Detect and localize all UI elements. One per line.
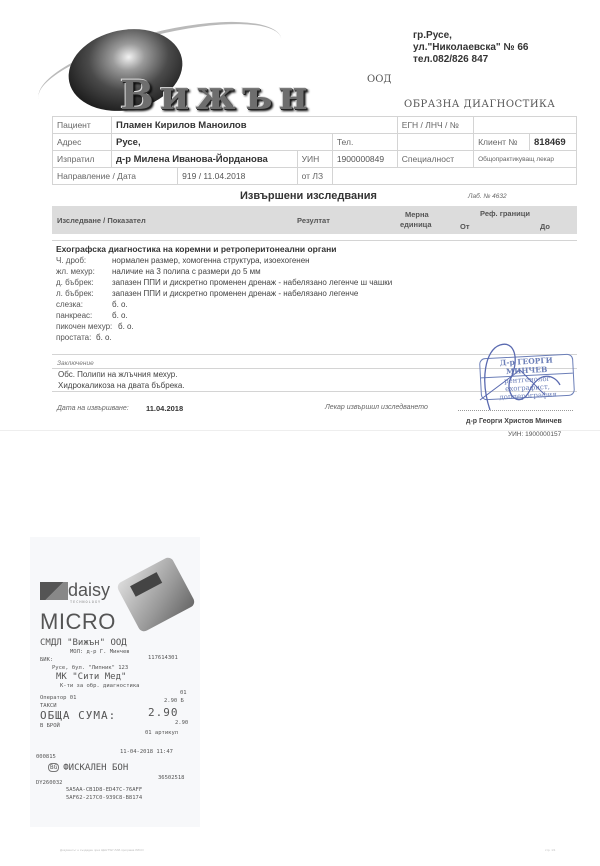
address-label: Адрес: [53, 134, 112, 151]
date-value: 11.04.2018: [146, 404, 183, 413]
result-row: панкреас:б. о.: [56, 311, 92, 322]
result-row: пикочен мехур:б. о.: [56, 322, 112, 333]
result-row: Ч. дроб:нормален размер, хомогенна струк…: [56, 256, 86, 267]
fiscal-receipt-title: BGФИСКАЛЕН БОН: [48, 763, 128, 773]
signature-icon: [460, 340, 570, 420]
receipt-company: СМДЛ "Вижън" ООД: [40, 638, 127, 648]
company-logo-text: Вижън: [120, 72, 314, 119]
doctor-label: Лекар извършил изследването: [325, 404, 428, 411]
address-line: тел.082/826 847: [413, 54, 528, 66]
patient-name: Пламен Кирилов Маноилов: [112, 117, 398, 134]
date-label: Дата на извършване:: [57, 405, 129, 412]
result-row: простата:б. о.: [56, 333, 91, 344]
model-name: MICRO: [40, 609, 116, 635]
col-unit-line1: Мерна: [405, 210, 429, 219]
egn-value: [474, 117, 577, 134]
col-test: Изследване / Показател: [57, 216, 146, 225]
receipt-address: Русе, бул. "Липник" 123: [52, 665, 128, 671]
brand-sub: TECHNOLOGY: [70, 600, 101, 604]
results-table-header: Изследване / Показател Резултат Мерна ед…: [52, 206, 577, 234]
phone-label: Тел.: [332, 134, 397, 151]
col-ref-from: От: [460, 222, 470, 231]
section-title: Извършени изследвания: [240, 190, 377, 202]
receipt-store: МК "Сити Мед": [56, 672, 126, 682]
receipt-qty: 01: [180, 690, 187, 696]
receipt-price: 2.90 Б: [164, 698, 184, 704]
receipt-bik-value: 117614301: [148, 655, 178, 661]
exam-group-title: Ехографска диагностика на коремни и ретр…: [56, 244, 336, 254]
address-line: ул."Николаевска" № 66: [413, 42, 528, 54]
receipt-operator: Оператор 01: [40, 695, 76, 701]
referral-value: 919 / 11.04.2018: [178, 168, 297, 185]
col-ref-ranges: Реф. граници: [480, 209, 530, 218]
address-line: гр.Русе,: [413, 30, 528, 42]
uin-label: УИН: [297, 151, 332, 168]
conclusion-label: Заключение: [57, 360, 94, 367]
company-suffix: ООД: [367, 74, 392, 85]
brand-name: daisy: [68, 580, 110, 601]
result-row: слезка:б. о.: [56, 300, 83, 311]
address-value: Русе,: [112, 134, 333, 151]
receipt-cash-value: 2.90: [175, 720, 188, 726]
referrer-label: Изпратил: [53, 151, 112, 168]
referrer-name: д-р Милена Иванова-Йорданова: [112, 151, 298, 168]
company-address: гр.Русе, ул."Николаевска" № 66 тел.082/8…: [413, 30, 528, 66]
col-unit-line2: единица: [400, 220, 432, 229]
lab-number: Лаб. № 4632: [468, 193, 507, 200]
page-footer-right: стр. 1/1: [545, 848, 555, 852]
phone-value: [397, 134, 473, 151]
signature-dotted-line: [458, 410, 573, 411]
bg-badge-icon: BG: [48, 763, 59, 772]
receipt-bik-label: БИК:: [40, 657, 53, 663]
receipt-hash-2: 5AF62-217C0-939C8-B8174: [66, 795, 142, 801]
patient-info-table: Пациент Пламен Кирилов Маноилов ЕГН / ЛН…: [52, 116, 577, 185]
result-row: д. бъбрек:запазен ППИ и дискретно промен…: [56, 278, 94, 289]
receipt-total-value: 2.90: [148, 706, 179, 719]
doctor-uin: УИН: 1900000157: [508, 431, 561, 438]
company-subtitle: ОБРАЗНА ДИАГНОСТИКА: [404, 99, 555, 110]
col-ref-to: До: [540, 222, 550, 231]
receipt-service: К-ти за обр. диагностика: [60, 683, 139, 689]
client-number: 818469: [530, 134, 577, 151]
col-result: Резултат: [297, 216, 330, 225]
fiscal-number: 36502518: [158, 775, 185, 781]
result-row: жл. мехур:наличие на 3 полипа с размери …: [56, 267, 95, 278]
receipt-total-label: ОБЩА СУМА:: [40, 709, 116, 722]
from-facility-value: [332, 168, 576, 185]
receipt-mol: МОЛ: д-р Г. Минчев: [70, 649, 130, 655]
cash-register-icon: [116, 556, 197, 634]
divider: [0, 430, 600, 431]
from-facility-label: от ЛЗ: [297, 168, 332, 185]
daisy-logo-icon: [40, 582, 68, 600]
device-id: DY260032: [36, 780, 63, 786]
receipt-cash-label: В БРОЙ: [40, 723, 60, 729]
specialty-value: Общопрактикуващ лекар: [474, 151, 577, 168]
receipt-datetime: 11-04-2018 11:47: [120, 749, 173, 755]
patient-label: Пациент: [53, 117, 112, 134]
receipt-hash-1: 5A5AA-CB1D8-ED47C-76AFF: [66, 787, 142, 793]
egn-label: ЕГН / ЛНЧ / №: [397, 117, 473, 134]
specialty-label: Специалност: [397, 151, 473, 168]
uin-value: 1900000849: [332, 151, 397, 168]
doctor-name: д-р Георги Христов Минчев: [466, 418, 562, 425]
receipt-articles: 01 артикул: [145, 730, 178, 736]
referral-label: Направление / Дата: [53, 168, 178, 185]
page-footer-left: Документът е създаден чрез ЦЕНТЪР ЛАБ пр…: [60, 848, 144, 852]
fiscal-receipt: daisy TECHNOLOGY MICRO СМДЛ "Вижън" ООД …: [30, 537, 200, 827]
result-row: л. бъбрек:запазен ППИ и дискретно промен…: [56, 289, 94, 300]
client-label: Клиент №: [474, 134, 530, 151]
results-block: Ехографска диагностика на коремни и ретр…: [52, 240, 577, 355]
receipt-number: 000815: [36, 754, 56, 760]
